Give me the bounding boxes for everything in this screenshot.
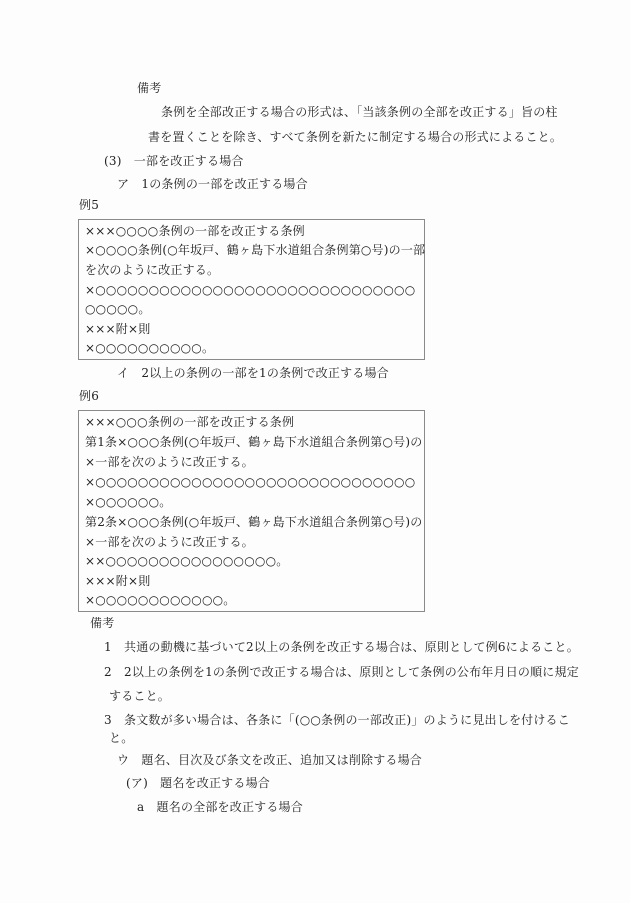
example-5-line: ×○○○○○○○○○○○○○○○○○○○○○○○○○○○○○○	[85, 282, 415, 298]
example-6-line: ×○○○○○○○○○○○○。	[85, 592, 236, 608]
remark-item-3-line-1: 3 条文数が多い場合は、各条に「(○○条例の一部改正)」のように見出しを付けるこ	[104, 712, 570, 728]
example-5-label: 例5	[79, 197, 99, 213]
example-5-line: ○○○○○。	[85, 301, 151, 317]
remark-item-2-line-2: すること。	[109, 688, 170, 704]
example-6-line: ××○○○○○○○○○○○○○○○○。	[85, 553, 288, 569]
example-6-line: ×一部を次のように改正する。	[85, 454, 254, 470]
example-5-line: ×○○○○○○○○○○。	[85, 340, 214, 356]
example-5-line: を次のように改正する。	[85, 262, 219, 278]
example-6-line: ×一部を次のように改正する。	[85, 534, 254, 550]
example-5-line: ×××○○○○条例の一部を改正する条例	[85, 223, 305, 239]
example-6-line: ×××附×則	[85, 573, 150, 589]
remark-top-line-1: 条例を全部改正する場合の形式は、「当該条例の全部を改正する」旨の柱	[161, 104, 558, 120]
example-6-line: 第1条×○○○条例(○年坂戸、鶴ヶ島下水道組合条例第○号)の	[85, 434, 422, 450]
remark-top-line-2: 書を置くことを除き、すべて条例を新たに制定する場合の形式によること。	[148, 129, 562, 145]
example-5-line: ×○○○○条例(○年坂戸、鶴ヶ島下水道組合条例第○号)の一部	[85, 242, 425, 258]
example-6-line: ×××○○○条例の一部を改正する条例	[85, 414, 294, 430]
sub-a-heading: ア 1の条例の一部を改正する場合	[117, 176, 308, 192]
remark-item-1: 1 共通の動機に基づいて2以上の条例を改正する場合は、原則として例6によること。	[104, 639, 579, 655]
remark-item-2-line-1: 2 2以上の条例を1の条例で改正する場合は、原則として条例の公布年月日の順に規定	[104, 664, 579, 680]
example-5-box: ×××○○○○条例の一部を改正する条例 ×○○○○条例(○年坂戸、鶴ヶ島下水道組…	[78, 219, 425, 360]
sub-u-a-heading: (ア) 題名を改正する場合	[126, 775, 270, 791]
example-6-line: ×○○○○○○○○○○○○○○○○○○○○○○○○○○○○○○	[85, 474, 415, 490]
remark-heading-top: 備考	[137, 80, 161, 96]
example-5-line: ×××附×則	[85, 321, 150, 337]
sub-u-a-a-heading: a 題名の全部を改正する場合	[137, 799, 303, 815]
remark-heading-bottom: 備考	[90, 615, 114, 631]
example-6-line: ×○○○○○○。	[85, 494, 171, 510]
example-6-line: 第2条×○○○条例(○年坂戸、鶴ヶ島下水道組合条例第○号)の	[85, 514, 422, 530]
example-6-label: 例6	[79, 388, 99, 404]
sub-i-heading: イ 2以上の条例の一部を1の条例で改正する場合	[117, 365, 389, 381]
sub-u-heading: ウ 題名、目次及び条文を改正、追加又は削除する場合	[117, 752, 422, 768]
example-6-box: ×××○○○条例の一部を改正する条例 第1条×○○○条例(○年坂戸、鶴ヶ島下水道…	[78, 410, 425, 612]
section-3-heading: (3) 一部を改正する場合	[104, 153, 244, 169]
remark-item-3-line-2: と。	[109, 730, 133, 746]
